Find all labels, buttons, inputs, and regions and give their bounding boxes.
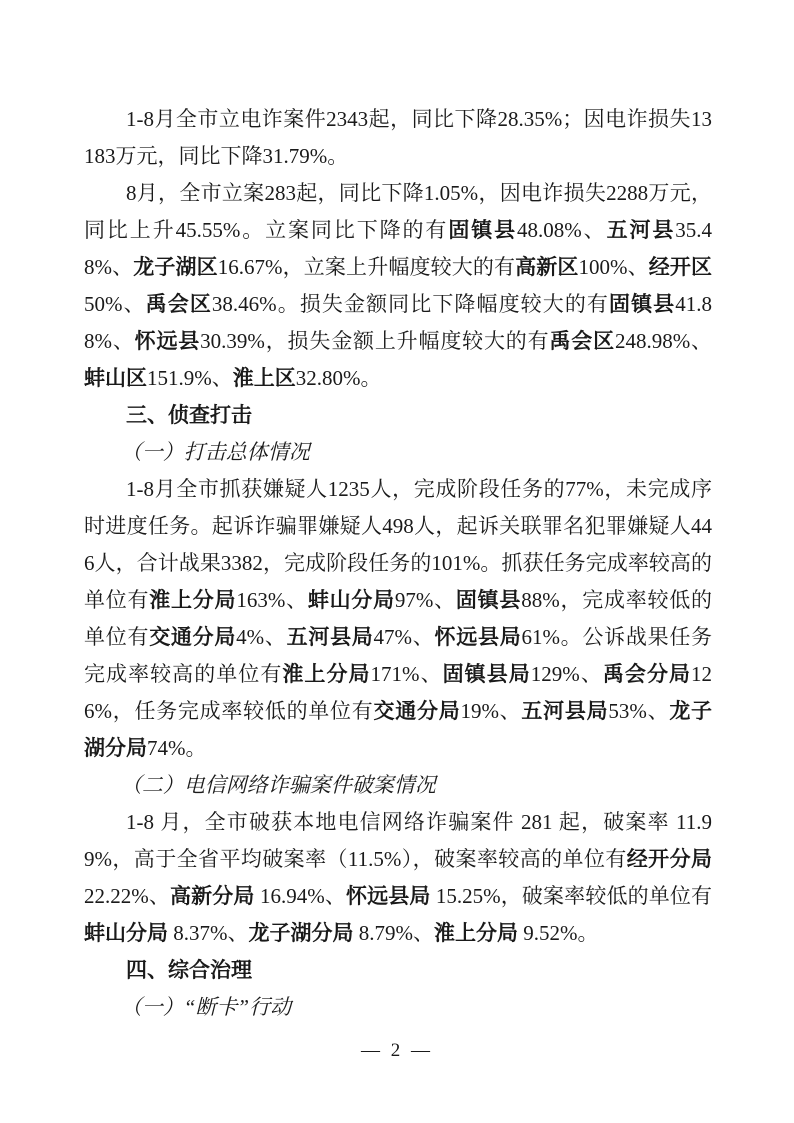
emphasized-unit-name: 禹会区 bbox=[146, 293, 212, 316]
text-run: 22.22%、 bbox=[84, 884, 170, 908]
body-paragraph: 8月，全市立案283起，同比下降1.05%，因电诈损失2288万元，同比上升45… bbox=[84, 175, 712, 397]
subsection-heading: （一）“断卡”行动 bbox=[84, 989, 712, 1026]
emphasized-unit-name: 四、综合治理 bbox=[126, 959, 252, 982]
text-run: 53%、 bbox=[608, 699, 669, 723]
text-run: 151.9%、 bbox=[147, 366, 233, 390]
text-run: 1-8月全市立电诈案件2343起，同比下降28.35%；因电诈损失13183万元… bbox=[84, 107, 712, 168]
text-run: 9.52%。 bbox=[518, 921, 599, 945]
document-body: 1-8月全市立电诈案件2343起，同比下降28.35%；因电诈损失13183万元… bbox=[84, 101, 712, 1026]
page: 1-8月全市立电诈案件2343起，同比下降28.35%；因电诈损失13183万元… bbox=[0, 0, 794, 1123]
emphasized-unit-name: 交通分局 bbox=[374, 700, 461, 723]
text-run: （一）“断卡”行动 bbox=[121, 995, 291, 1019]
emphasized-unit-name: 五河县局 bbox=[287, 626, 374, 649]
document-page: { "document": { "colors": { "text": "#1a… bbox=[0, 0, 794, 1123]
emphasized-unit-name: 固镇县 bbox=[609, 293, 675, 316]
emphasized-unit-name: 经开区 bbox=[649, 256, 712, 279]
text-run: 8.37%、 bbox=[168, 921, 249, 945]
text-run: 8.79%、 bbox=[354, 921, 435, 945]
body-paragraph: 1-8月全市立电诈案件2343起，同比下降28.35%；因电诈损失13183万元… bbox=[84, 101, 712, 175]
emphasized-unit-name: 禹会分局 bbox=[603, 663, 691, 686]
emphasized-unit-name: 淮上区 bbox=[233, 367, 296, 390]
text-run: 15.25%，破案率较低的单位有 bbox=[431, 884, 712, 908]
page-footer: — 2 — bbox=[0, 1040, 794, 1062]
emphasized-unit-name: 怀远县局 bbox=[346, 885, 431, 908]
section-heading: 三、侦查打击 bbox=[84, 397, 712, 434]
emphasized-unit-name: 怀远县 bbox=[135, 330, 200, 353]
text-run: 38.46%。损失金额同比下降幅度较大的有 bbox=[212, 292, 609, 316]
section-heading: 四、综合治理 bbox=[84, 952, 712, 989]
emphasized-unit-name: 蚌山分局 bbox=[84, 922, 168, 945]
text-run: 129%、 bbox=[531, 662, 603, 686]
emphasized-unit-name: 高新分局 bbox=[170, 885, 255, 908]
emphasized-unit-name: 龙子湖区 bbox=[133, 256, 218, 279]
emphasized-unit-name: 五河县 bbox=[607, 219, 676, 242]
text-run: 74%。 bbox=[147, 736, 207, 760]
subsection-heading: （一）打击总体情况 bbox=[84, 434, 712, 471]
emphasized-unit-name: 固镇县 bbox=[448, 219, 517, 242]
text-run: 16.94%、 bbox=[255, 884, 346, 908]
text-run: 32.80%。 bbox=[296, 366, 382, 390]
text-run: 4%、 bbox=[236, 625, 286, 649]
text-run: （一）打击总体情况 bbox=[121, 440, 310, 464]
text-run: 248.98%、 bbox=[615, 329, 712, 353]
emphasized-unit-name: 龙子湖分局 bbox=[249, 922, 354, 945]
emphasized-unit-name: 固镇县 bbox=[456, 589, 521, 612]
emphasized-unit-name: 蚌山区 bbox=[84, 367, 147, 390]
text-run: 47%、 bbox=[374, 625, 435, 649]
emphasized-unit-name: 高新区 bbox=[515, 256, 578, 279]
emphasized-unit-name: 淮上分局 bbox=[282, 663, 370, 686]
text-run: 163%、 bbox=[236, 588, 308, 612]
emphasized-unit-name: 五河县局 bbox=[521, 700, 608, 723]
text-run: 50%、 bbox=[84, 292, 146, 316]
text-run: 97%、 bbox=[395, 588, 456, 612]
text-run: 100%、 bbox=[579, 255, 649, 279]
emphasized-unit-name: 怀远县局 bbox=[435, 626, 522, 649]
emphasized-unit-name: 淮上分局 bbox=[149, 589, 236, 612]
text-run: 171%、 bbox=[371, 662, 443, 686]
emphasized-unit-name: 三、侦查打击 bbox=[126, 404, 252, 427]
emphasized-unit-name: 淮上分局 bbox=[434, 922, 518, 945]
text-run: 19%、 bbox=[460, 699, 521, 723]
emphasized-unit-name: 固镇县局 bbox=[443, 663, 531, 686]
text-run: （二）电信网络诈骗案件破案情况 bbox=[121, 773, 436, 797]
emphasized-unit-name: 蚌山分局 bbox=[308, 589, 395, 612]
emphasized-unit-name: 禹会区 bbox=[549, 330, 614, 353]
text-run: 16.67%，立案上升幅度较大的有 bbox=[218, 255, 515, 279]
page-number: — 2 — bbox=[361, 1040, 433, 1061]
emphasized-unit-name: 经开分局 bbox=[627, 848, 712, 871]
body-paragraph: 1-8 月，全市破获本地电信网络诈骗案件 281 起，破案率 11.99%，高于… bbox=[84, 804, 712, 952]
text-run: 1-8 月，全市破获本地电信网络诈骗案件 281 起，破案率 11.99%，高于… bbox=[84, 810, 712, 871]
text-run: 30.39%，损失金额上升幅度较大的有 bbox=[200, 329, 549, 353]
emphasized-unit-name: 交通分局 bbox=[149, 626, 236, 649]
body-paragraph: 1-8月全市抓获嫌疑人1235人，完成阶段任务的77%，未完成序时进度任务。起诉… bbox=[84, 471, 712, 767]
subsection-heading: （二）电信网络诈骗案件破案情况 bbox=[84, 767, 712, 804]
text-run: 48.08%、 bbox=[517, 218, 607, 242]
